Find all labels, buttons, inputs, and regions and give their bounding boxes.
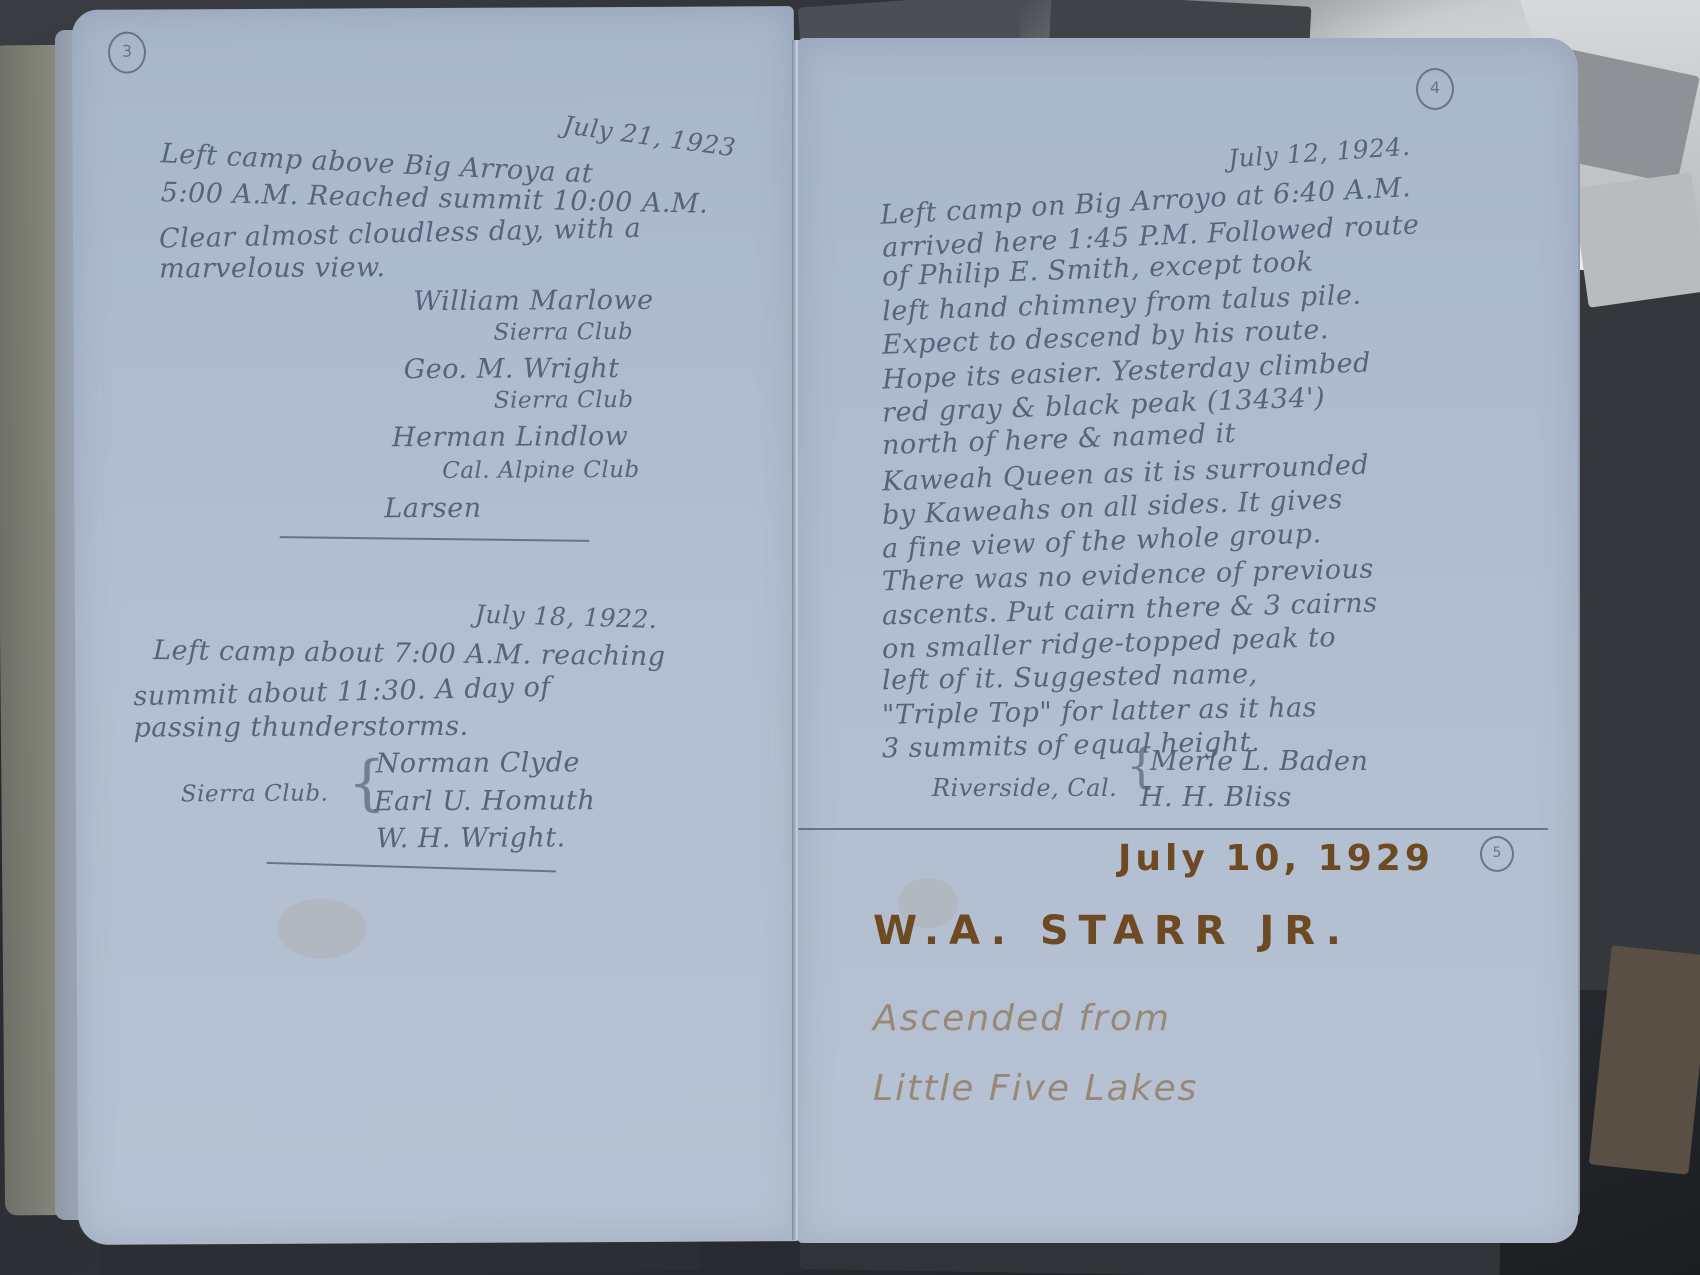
entry-date: July 10, 1929 xyxy=(1118,838,1434,879)
signature-name: W. H. Wright. xyxy=(376,822,566,854)
divider-line xyxy=(798,828,1548,830)
entry-date: July 18, 1922. xyxy=(475,600,658,634)
signature-name: Earl U. Homuth xyxy=(374,785,596,817)
page-number: 3 xyxy=(108,32,146,74)
entry-date: July 12, 1924. xyxy=(1227,132,1411,174)
signature-affiliation: Cal. Alpine Club xyxy=(442,457,640,484)
entry-line: summit about 11:30. A day of xyxy=(133,672,551,712)
right-page: 4 July 12, 1924. Left camp on Big Arroyo… xyxy=(798,38,1578,1243)
signature-name: W.A. STARR JR. xyxy=(873,908,1351,954)
signature-name: Geo. M. Wright xyxy=(404,353,620,385)
entry-line: passing thunderstorms. xyxy=(133,711,468,744)
signature-name: H. H. Bliss xyxy=(1140,782,1292,813)
entry-date: July 21, 1923 xyxy=(561,110,737,162)
summit-register-notebook: 3 July 21, 1923 Left camp above Big Arro… xyxy=(0,0,1700,1275)
entry-line: marvelous view. xyxy=(159,252,386,284)
entry-line: Ascended from xyxy=(873,998,1171,1039)
entry-1922: July 18, 1922. Left camp about 7:00 A.M.… xyxy=(72,6,794,10)
signature-place: Riverside, Cal. xyxy=(932,774,1117,802)
signature-name: Merle L. Baden xyxy=(1150,746,1368,777)
divider-line xyxy=(280,536,590,542)
paper-stain xyxy=(276,898,366,958)
page-number: 4 xyxy=(1416,68,1454,110)
entry-line: "Triple Top" for latter as it has xyxy=(882,692,1317,731)
signature-name: Herman Lindlow xyxy=(392,421,629,453)
signature-name: Norman Clyde xyxy=(376,747,580,779)
page-number: 5 xyxy=(1480,836,1514,872)
signature-name: Larsen xyxy=(384,493,481,525)
divider-line xyxy=(266,862,556,873)
signature-name: William Marlowe xyxy=(413,285,653,317)
signature-affiliation: Sierra Club xyxy=(494,387,634,414)
group-label: Sierra Club. xyxy=(181,781,329,808)
left-page: 3 July 21, 1923 Left camp above Big Arro… xyxy=(72,6,800,1245)
entry-1923: July 21, 1923 Left camp above Big Arroya… xyxy=(72,6,794,10)
entry-line: Clear almost cloudless day, with a xyxy=(159,213,642,255)
signature-affiliation: Sierra Club xyxy=(493,319,633,346)
entry-line: left of it. Suggested name, xyxy=(882,659,1258,697)
entry-line: Little Five Lakes xyxy=(873,1068,1198,1109)
entry-line: Left camp about 7:00 A.M. reaching xyxy=(153,635,666,672)
